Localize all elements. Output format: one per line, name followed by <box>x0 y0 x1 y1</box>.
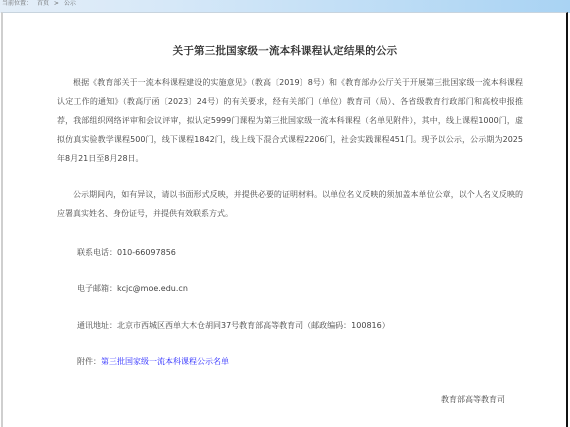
breadcrumb-separator: > <box>54 0 59 7</box>
signature: 教育部高等教育司 <box>441 394 505 405</box>
page-title: 关于第三批国家级一流本科课程认定结果的公示 <box>0 43 570 58</box>
attachment: 附件：第三批国家级一流本科课程公示名单 <box>77 356 229 367</box>
email-value: kcjc@moe.edu.cn <box>117 284 188 293</box>
phone-value: 010-66097856 <box>117 248 176 257</box>
breadcrumb-current[interactable]: 公示 <box>64 0 76 7</box>
address-label: 通讯地址： <box>77 321 117 330</box>
breadcrumb: 当前位置： 首页 > 公示 <box>2 0 79 8</box>
email-label: 电子邮箱： <box>77 284 117 293</box>
notice-paragraph-2: 公示期间内，如有异议，请以书面形式反映，并提供必要的证明材料。以单位名义反映的须… <box>57 185 523 223</box>
breadcrumb-prefix: 当前位置： <box>2 0 32 7</box>
address-value: 北京市西城区西单大木仓胡同37号教育部高等教育司（邮政编码：100816） <box>117 321 390 330</box>
attachment-link[interactable]: 第三批国家级一流本科课程公示名单 <box>101 357 229 366</box>
breadcrumb-home-link[interactable]: 首页 <box>37 0 49 7</box>
notice-paragraph-1: 根据《教育部关于一流本科课程建设的实施意见》（教高〔2019〕8号）和《教育部办… <box>57 73 523 168</box>
contact-address: 通讯地址：北京市西城区西单大木仓胡同37号教育部高等教育司（邮政编码：10081… <box>77 320 390 331</box>
contact-phone: 联系电话：010-66097856 <box>77 247 176 258</box>
attachment-label: 附件： <box>77 357 101 366</box>
contact-email: 电子邮箱：kcjc@moe.edu.cn <box>77 283 188 294</box>
phone-label: 联系电话： <box>77 248 117 257</box>
